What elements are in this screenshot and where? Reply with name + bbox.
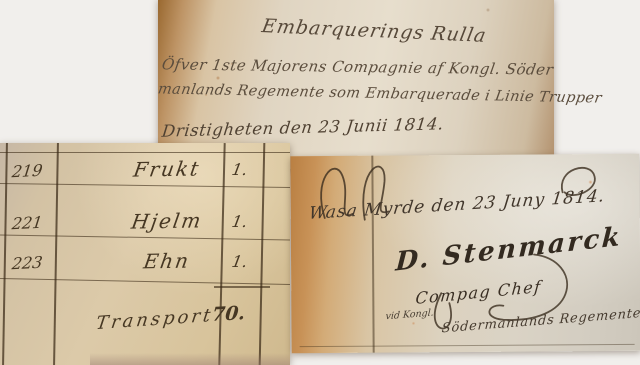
- subtitle-line-2: manlands Regemente som Embarquerade i Li…: [157, 81, 603, 106]
- place-date-line: Wasa Myrde den 23 Juny 1814.: [308, 186, 606, 224]
- ledger-sheet-photo: 219 Frukt 1. 221 Hjelm 1. 223 Ehn 1. Tra…: [0, 143, 290, 365]
- row-rule-2: [0, 234, 290, 240]
- row-number: 219: [11, 160, 61, 182]
- column-rule-count: [259, 143, 265, 365]
- row-rule-3: [0, 278, 290, 285]
- bottom-rule: [300, 344, 635, 348]
- row-count: 1.: [230, 212, 249, 231]
- row-name: Hjelm: [106, 208, 228, 234]
- row-count: 1.: [230, 160, 249, 179]
- photo-collage-canvas: Embarquerings Rulla Öfver 1ste Majorens …: [0, 0, 640, 365]
- place-date-line: Dristigheten den 23 Junii 1814.: [161, 114, 445, 140]
- regiment-line: Södermanlands Regemente.: [441, 306, 640, 337]
- signature-sheet-photo: Wasa Myrde den 23 Juny 1814. D. Stenmarc…: [290, 154, 640, 353]
- row-rule-1: [0, 183, 290, 188]
- signature-name: D. Stenmarck: [395, 222, 623, 278]
- transport-label: Transport: [95, 305, 215, 334]
- row-number: 223: [11, 252, 61, 274]
- signature-title: Compag Chef: [415, 277, 543, 308]
- column-rule-continuation: [371, 156, 374, 353]
- sum-rule: [214, 286, 270, 288]
- subtitle-line-1: Öfver 1ste Majorens Compagnie af Kongl. …: [161, 55, 555, 78]
- document-title: Embarquerings Rulla: [260, 15, 488, 47]
- table-top-rule: [0, 152, 290, 153]
- regiment-prefix: vid Kongl.: [385, 307, 434, 322]
- row-name: Ehn: [106, 248, 228, 274]
- column-rule-left-edge: [2, 143, 7, 365]
- transport-value: 70.: [211, 302, 246, 326]
- row-name: Frukt: [106, 156, 228, 182]
- row-number: 221: [11, 212, 61, 234]
- row-count: 1.: [230, 252, 249, 271]
